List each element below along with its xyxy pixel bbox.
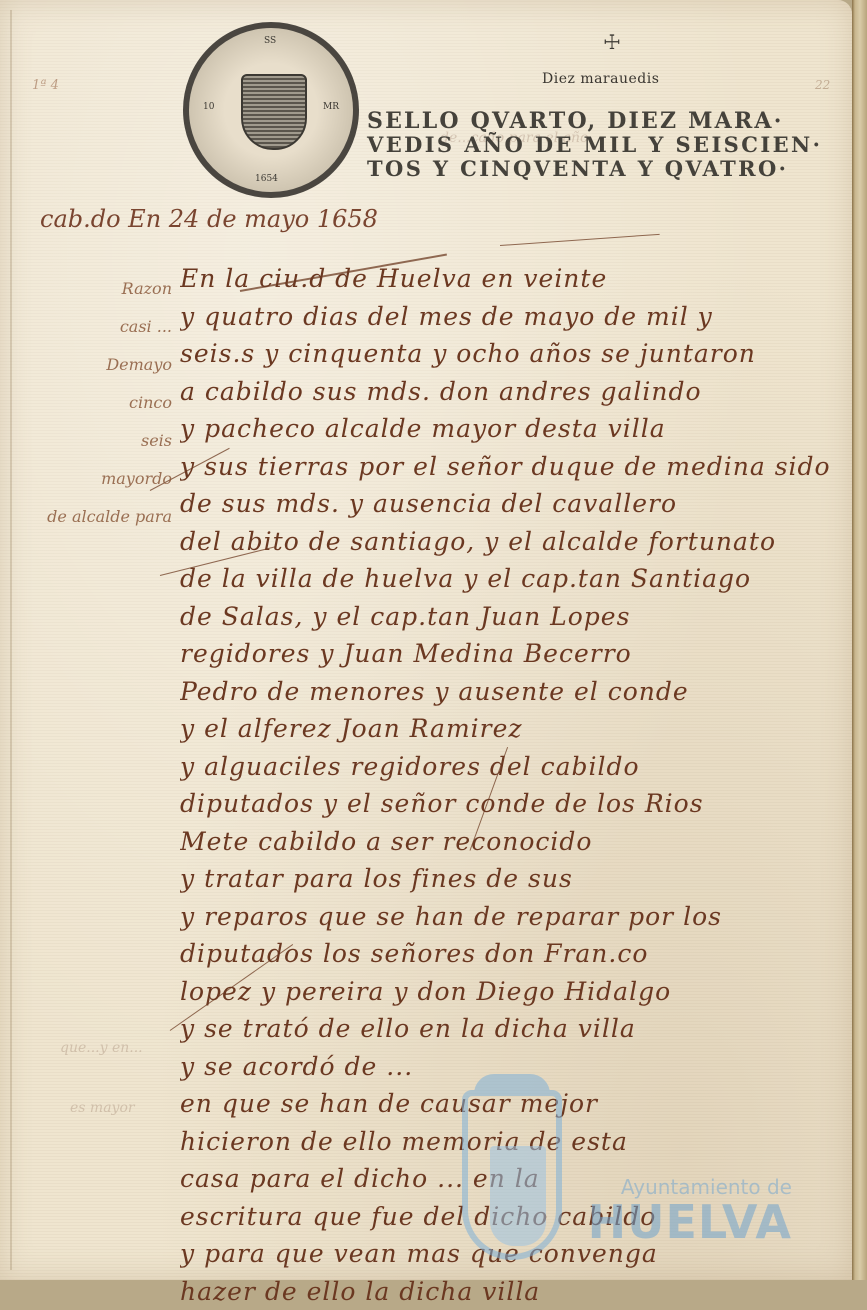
page-crease xyxy=(10,10,12,1270)
text-line: de Salas, y el cap.tan Juan Lopes xyxy=(180,598,830,636)
text-line: En la ciu.d de Huelva en veinte xyxy=(180,260,830,298)
seal-text-year: 1654 xyxy=(255,174,278,184)
text-line: Pedro de menores y ausente el conde xyxy=(180,673,830,711)
next-page-edge xyxy=(852,0,867,1280)
seal-text-left: 10 xyxy=(203,102,214,112)
text-line: y el alferez Joan Ramirez xyxy=(180,710,830,748)
text-line: diputados y el señor conde de los Rios xyxy=(180,785,830,823)
seal-text-top: SS xyxy=(264,36,276,46)
date-heading: cab.do En 24 de mayo 1658 xyxy=(40,205,378,233)
text-line: y quatro dias del mes de mayo de mil y xyxy=(180,298,830,336)
stamp-legend-line: VEDIS AÑO DE MIL Y SEISCIEN· xyxy=(367,133,847,157)
text-line: a cabildo sus mds. don andres galindo xyxy=(180,373,830,411)
text-line: seis.s y cinquenta y ocho años se juntar… xyxy=(180,335,830,373)
seal-text-right: MR xyxy=(323,102,339,112)
margin-note: cinco xyxy=(22,384,172,422)
text-line: diputados los señores don Fran.co xyxy=(180,935,830,973)
text-line: y alguaciles regidores del cabildo xyxy=(180,748,830,786)
margin-note: Demayo xyxy=(22,346,172,384)
text-line: regidores y Juan Medina Becerro xyxy=(180,635,830,673)
text-line: y tratar para los fines de sus xyxy=(180,860,830,898)
margin-note: seis xyxy=(22,422,172,460)
margin-note: mayordo xyxy=(22,460,172,498)
pen-flourish xyxy=(500,234,660,246)
text-line: Mete cabildo a ser reconocido xyxy=(180,823,830,861)
corner-folio-number: 1ª 4 xyxy=(32,78,59,93)
cross-icon: ☩ xyxy=(603,30,621,54)
text-line: y pacheco alcalde mayor desta villa xyxy=(180,410,830,448)
folio-number: 22 xyxy=(815,78,830,92)
stamp-legend-line: SELLO QVARTO, DIEZ MARA· xyxy=(367,109,847,133)
bleed-through-3: es mayor xyxy=(70,1100,135,1116)
text-line: y sus tierras por el señor duque de medi… xyxy=(180,448,830,486)
margin-note: de alcalde para xyxy=(22,498,172,536)
text-line: del abito de santiago, y el alcalde fort… xyxy=(180,523,830,561)
stamp-legend: SELLO QVARTO, DIEZ MARA· VEDIS AÑO DE MI… xyxy=(367,109,847,181)
text-line: lopez y pereira y don Diego Hidalgo xyxy=(180,973,830,1011)
margin-note: casi ... xyxy=(22,308,172,346)
manuscript-page: de...cado para el año que...y en... es m… xyxy=(0,0,852,1280)
text-line: y reparos que se han de reparar por los xyxy=(180,898,830,936)
margin-note: Razon xyxy=(22,270,172,308)
bleed-through-2: que...y en... xyxy=(60,1040,143,1056)
stamp-value: Diez marauedis xyxy=(542,71,659,87)
text-line: hazer de ello la dicha villa xyxy=(180,1273,830,1281)
text-line: de sus mds. y ausencia del cavallero xyxy=(180,485,830,523)
watermark-line2: HUELVA xyxy=(462,1195,792,1249)
official-stamp-seal: SS 10 MR 1654 xyxy=(183,22,359,198)
text-line: y se trató de ello en la dicha villa xyxy=(180,1010,830,1048)
archive-watermark: Ayuntamiento de HUELVA xyxy=(462,1080,792,1270)
stamp-legend-line: TOS Y CINQVENTA Y QVATRO· xyxy=(367,157,847,181)
text-line: de la villa de huelva y el cap.tan Santi… xyxy=(180,560,830,598)
coat-of-arms-icon xyxy=(241,74,307,150)
margin-notes: Razon casi ... Demayo cinco seis mayordo… xyxy=(22,270,172,536)
